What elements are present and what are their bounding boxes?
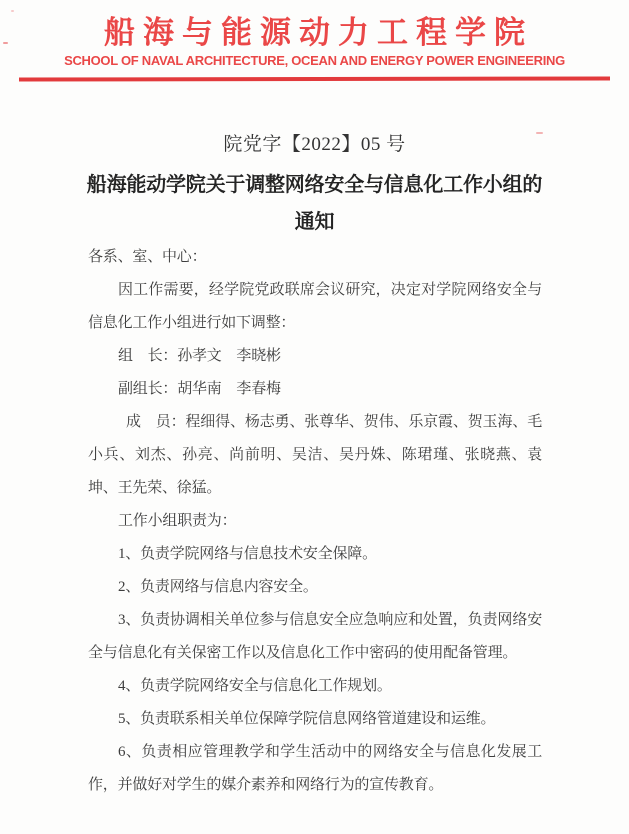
letterhead-divider-line xyxy=(19,76,610,81)
document-number: 院党字【2022】05 号 xyxy=(0,132,629,158)
notice-body: 院党字【2022】05 号 船海能动学院关于调整网络安全与信息化工作小组的 通知… xyxy=(0,132,629,802)
paragraph-members: 成 员：程细得、杨志勇、张尊华、贺伟、乐京霞、贺玉海、毛小兵、刘杰、孙亮、尚前明… xyxy=(88,406,542,505)
scan-speck xyxy=(3,42,8,44)
paragraph-intro: 因工作需要，经学院党政联席会议研究，决定对学院网络安全与信息化工作小组进行如下调… xyxy=(88,274,542,340)
notice-title-line-1: 船海能动学院关于调整网络安全与信息化工作小组的 xyxy=(0,167,629,204)
notice-title: 船海能动学院关于调整网络安全与信息化工作小组的 通知 xyxy=(0,167,629,241)
paragraph-duty-6: 6、负责相应管理教学和学生活动中的网络安全与信息化发展工作，并做好对学生的媒介素… xyxy=(88,736,542,802)
notice-title-line-2: 通知 xyxy=(0,204,629,241)
paragraph-duty-1: 1、负责学院网络与信息技术安全保障。 xyxy=(88,538,542,571)
scan-speck xyxy=(11,10,14,12)
paragraph-duties-heading: 工作小组职责为： xyxy=(88,505,542,538)
scanned-notice-page: 船海与能源动力工程学院 SCHOOL OF NAVAL ARCHITECTURE… xyxy=(0,0,629,834)
school-name-chinese: 船海与能源动力工程学院 xyxy=(0,16,629,50)
paragraph-duty-3: 3、负责协调相关单位参与信息安全应急响应和处置，负责网络安全与信息化有关保密工作… xyxy=(88,604,542,670)
school-name-english: SCHOOL OF NAVAL ARCHITECTURE, OCEAN AND … xyxy=(0,53,629,68)
paragraph-duty-2: 2、负责网络与信息内容安全。 xyxy=(88,571,542,604)
letterhead: 船海与能源动力工程学院 SCHOOL OF NAVAL ARCHITECTURE… xyxy=(0,0,629,81)
paragraph-duty-5: 5、负责联系相关单位保障学院信息网络管道建设和运维。 xyxy=(88,703,542,736)
paragraph-deputy-leader: 副组长：胡华南 李春梅 xyxy=(88,373,542,406)
paragraph-leader: 组 长：孙孝文 李晓彬 xyxy=(88,340,542,373)
salutation: 各系、室、中心： xyxy=(88,241,542,274)
notice-text-block: 各系、室、中心： 因工作需要，经学院党政联席会议研究，决定对学院网络安全与信息化… xyxy=(88,241,542,802)
scan-speck xyxy=(536,132,543,134)
paragraph-duty-4: 4、负责学院网络安全与信息化工作规划。 xyxy=(88,670,542,703)
